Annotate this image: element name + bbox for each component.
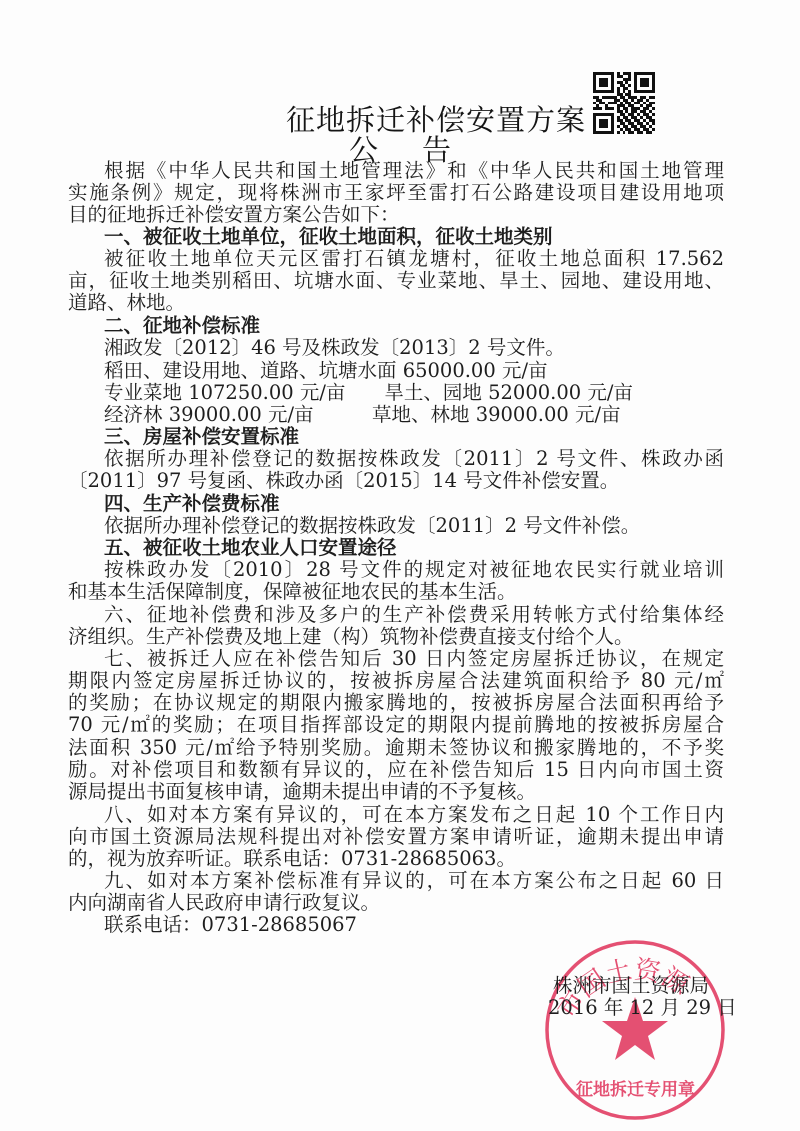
section-heading: 四、生产补偿费标准 xyxy=(104,493,724,515)
body-line: 70 元/㎡的奖励；在项目指挥部设定的期限内提前腾地的按被拆房屋合 xyxy=(68,714,724,736)
body-line: 实施条例》规定，现将株洲市王家坪至雷打石公路建设项目建设用地项 xyxy=(68,182,724,204)
body-line: 目的征地拆迁补偿安置方案公告如下： xyxy=(68,204,724,226)
section-heading: 五、被征收土地农业人口安置途径 xyxy=(104,537,724,559)
section-heading: 二、征地补偿标准 xyxy=(104,315,724,337)
body-line: 稻田、建设用地、道路、坑塘水面 65000.00 元/亩 xyxy=(104,360,724,382)
body-line: 道路、林地。 xyxy=(68,292,724,314)
body-line: 经济林 39000.00 元/亩 草地、林地 39000.00 元/亩 xyxy=(104,404,724,426)
body-line: 八、如对本方案有异议的，可在本方案发布之日起 10 个工作日内 xyxy=(104,804,724,826)
body-line: 湘政发〔2012〕46 号及株政发〔2013〕2 号文件。 xyxy=(104,337,724,359)
body-line: 济组织。生产补偿费及地上建（构）筑物补偿费直接支付给个人。 xyxy=(68,626,724,648)
body-line: 专业菜地 107250.00 元/亩 旱土、园地 52000.00 元/亩 xyxy=(104,382,724,404)
body-line: 联系电话：0731-28685067 xyxy=(104,914,724,936)
body-line: 向市国土资源局法规科提出对补偿安置方案申请听证，逾期未提出申请 xyxy=(68,826,724,848)
section-heading: 一、被征收土地单位，征收土地面积，征收土地类别 xyxy=(104,226,724,248)
body-line: 被征收土地单位天元区雷打石镇龙塘村，征收土地总面积 17.562 xyxy=(104,248,724,270)
body-line: 根据《中华人民共和国土地管理法》和《中华人民共和国土地管理 xyxy=(104,160,724,182)
body-line: 亩，征收土地类别稻田、坑塘水面、专业菜地、旱土、园地、建设用地、 xyxy=(68,270,724,292)
qr-code-icon xyxy=(593,72,655,134)
issue-date: 2016 年 12 月 29 日 xyxy=(548,992,737,1020)
body-line: 七、被拆迁人应在补偿告知后 30 日内签定房屋拆迁协议，在规定 xyxy=(104,648,724,670)
body-line: 九、如对本方案补偿标准有异议的，可在本方案公布之日起 60 日 xyxy=(104,870,724,892)
body-line: 〔2011〕97 号复函、株政办函〔2015〕14 号文件补偿安置。 xyxy=(68,470,724,492)
document-page: 征地拆迁补偿安置方案 公告 根据《中华人民共和国土地管理法》和《中华人民共和国土… xyxy=(0,0,800,1131)
stamp-bottom-text: 征地拆迁专用章 xyxy=(576,1079,695,1100)
body-line: 的，视为放弃听证。联系电话：0731-28685063。 xyxy=(68,848,724,870)
body-line: 依据所办理补偿登记的数据按株政发〔2011〕2 号文件、株政办函 xyxy=(104,448,724,470)
body-line: 六、征地补偿费和涉及多户的生产补偿费采用转帐方式付给集体经 xyxy=(104,604,724,626)
body-line: 内向湖南省人民政府申请行政复议。 xyxy=(68,892,724,914)
body-line: 按株政办发〔2010〕28 号文件的规定对被征地农民实行就业培训 xyxy=(104,559,724,581)
body-line: 法面积 350 元/㎡给予特别奖励。逾期未签协议和搬家腾地的，不予奖 xyxy=(68,737,724,759)
body-line: 和基本生活保障制度，保障被征地农民的基本生活。 xyxy=(68,581,724,603)
section-heading: 三、房屋补偿安置标准 xyxy=(104,426,724,448)
body-line: 期限内签定房屋拆迁协议的，按被拆房屋合法建筑面积给予 80 元/㎡ xyxy=(68,670,724,692)
body-line: 的奖励；在协议规定的期限内搬家腾地的，按被拆房屋合法面积再给予 xyxy=(68,692,724,714)
body-line: 依据所办理补偿登记的数据按株政发〔2011〕2 号文件补偿。 xyxy=(104,515,724,537)
body-line: 源局提出书面复核申请，逾期未提出申请的不予复核。 xyxy=(68,781,724,803)
body-line: 励。对补偿项目和数额有异议的，应在补偿告知后 15 日内向市国土资 xyxy=(68,759,724,781)
official-seal-icon: 市国土资源 征地拆迁专用章 xyxy=(540,935,730,1125)
